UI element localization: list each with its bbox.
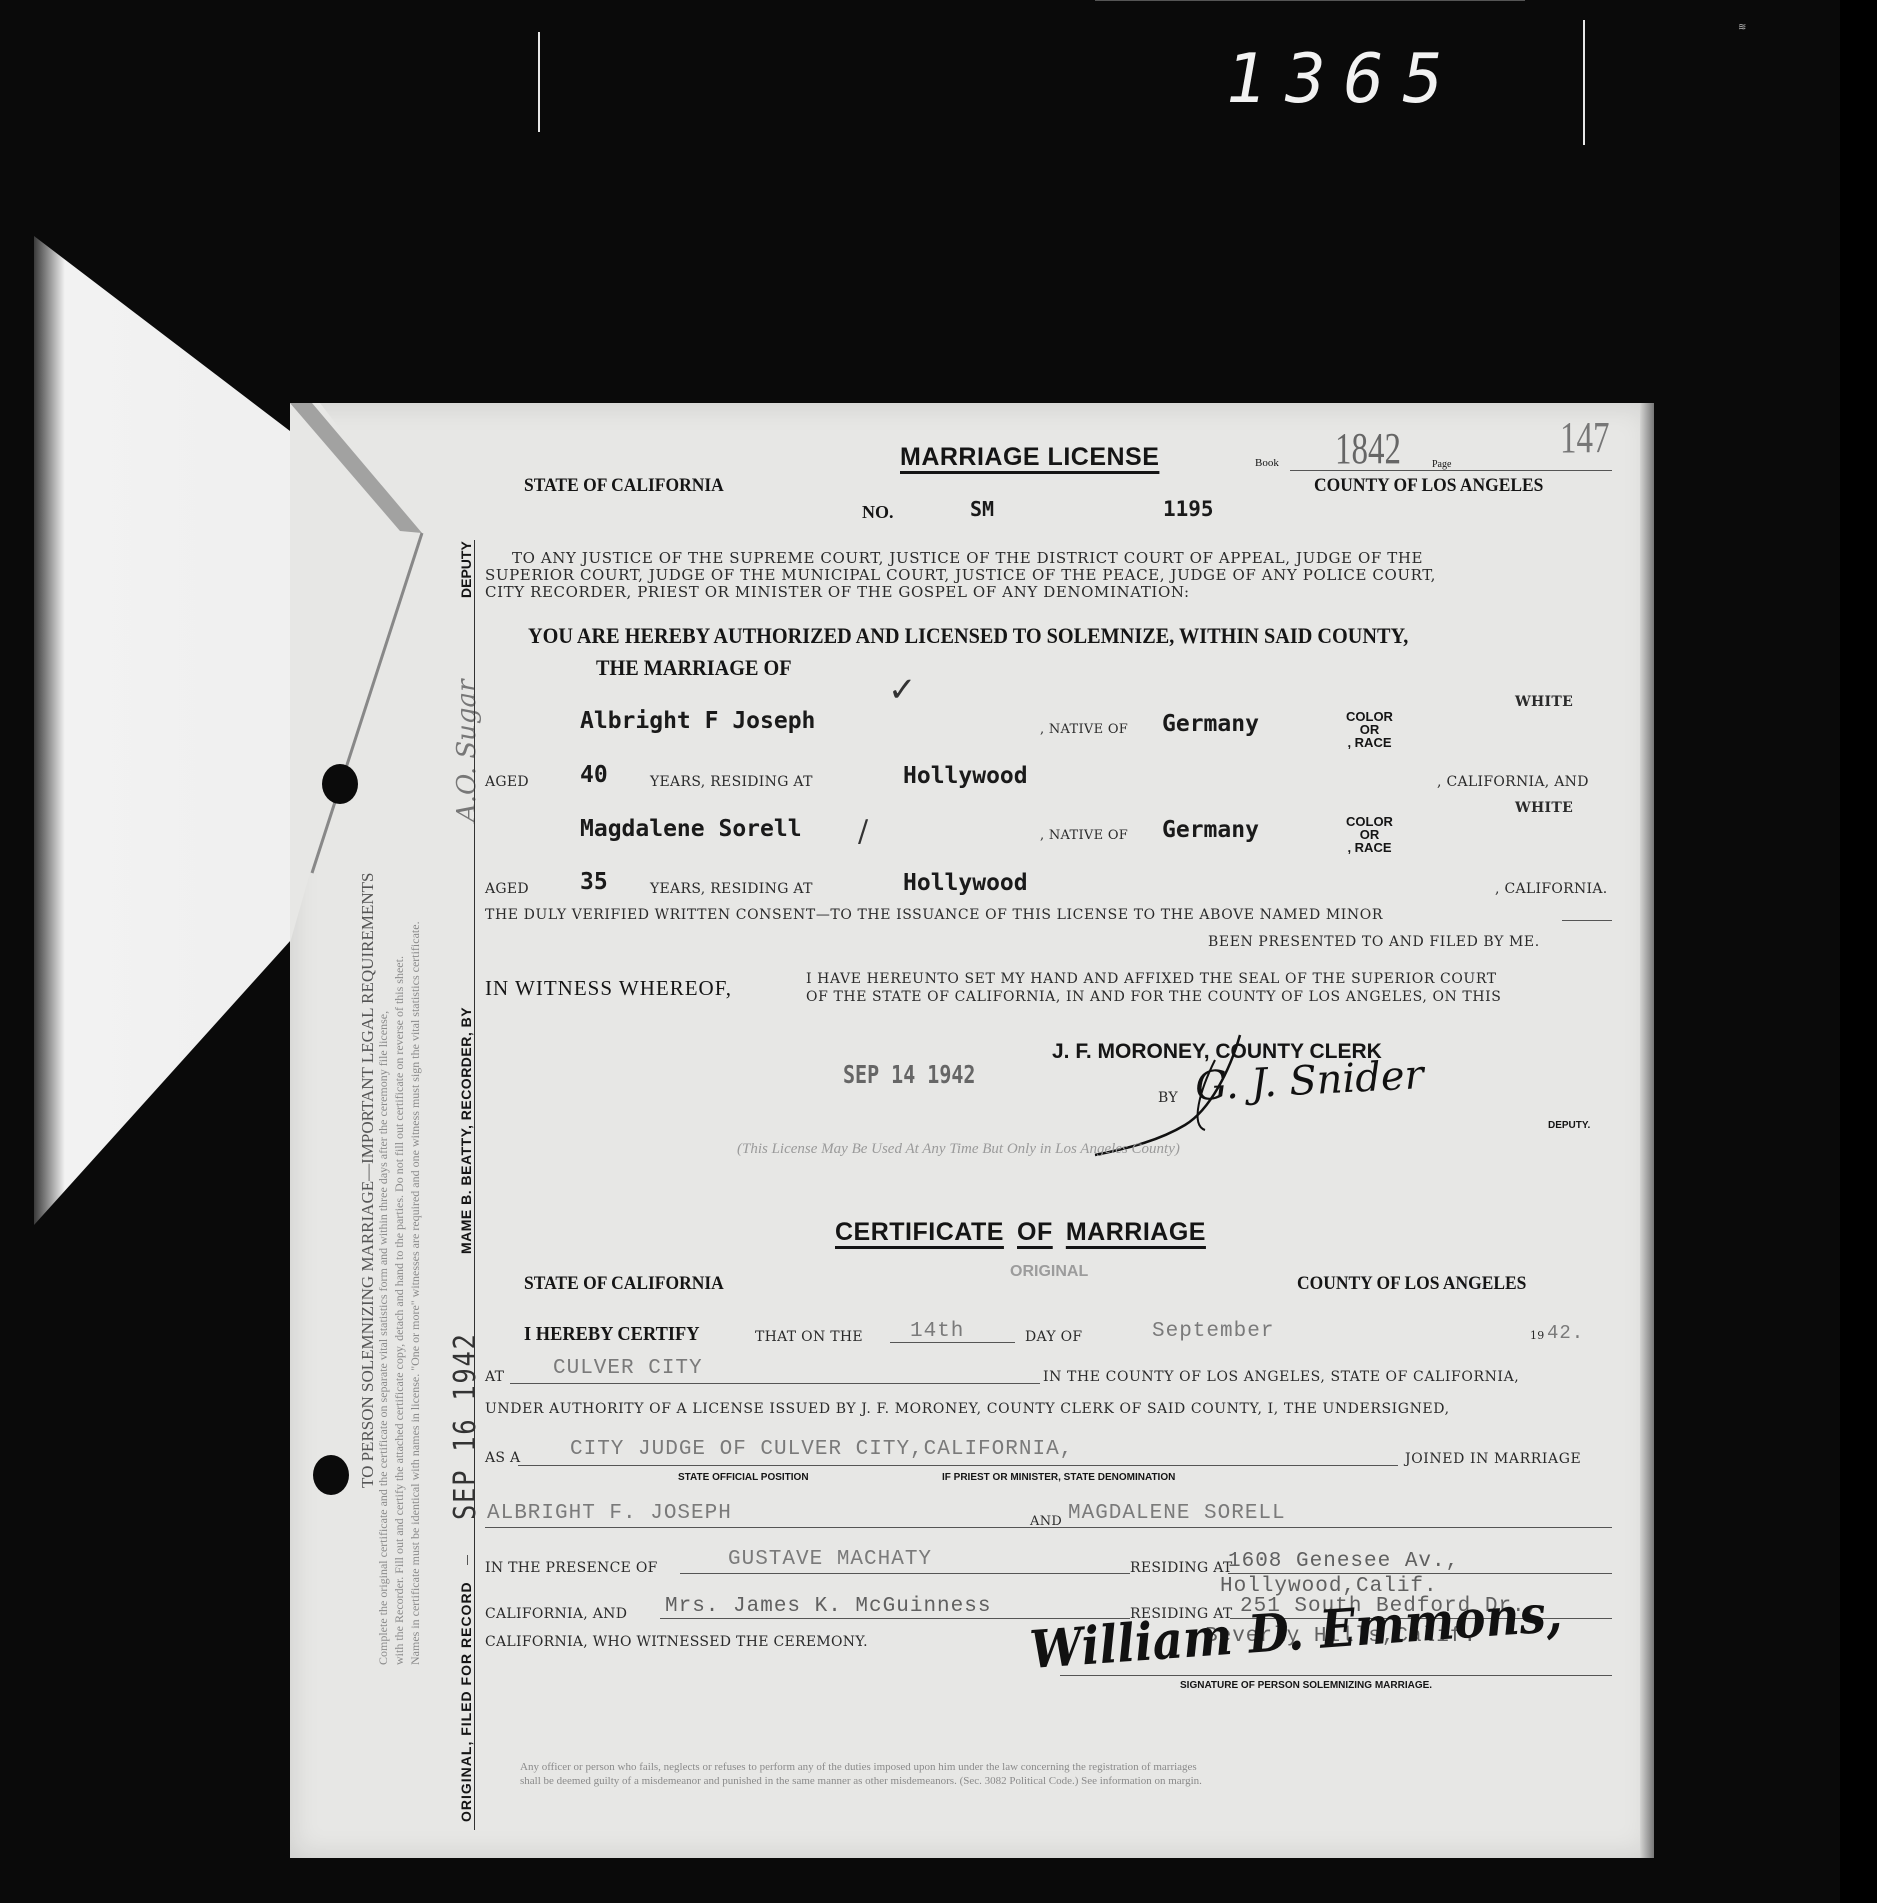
california-end-label: , CALIFORNIA.	[1495, 881, 1608, 897]
margin-recorder-label: MAME B. BEATTY, RECORDER, BY	[458, 1007, 474, 1254]
slash-mark-icon: /	[858, 814, 868, 849]
witness-1-name: GUSTAVE MACHATY	[728, 1548, 932, 1571]
groom-color-label: COLOR OR , RACE	[1346, 710, 1393, 749]
position-rule	[518, 1465, 1398, 1466]
license-no-prefix: SM	[970, 497, 994, 521]
official-position: CITY JUDGE OF CULVER CITY,CALIFORNIA,	[570, 1438, 1073, 1461]
certificate-month: September	[1152, 1320, 1274, 1343]
margin-deputy-label: DEPUTY	[458, 541, 474, 598]
denomination-caption: IF PRIEST OR MINISTER, STATE DENOMINATIO…	[942, 1472, 1175, 1483]
license-page-label: Page	[1432, 459, 1451, 470]
groom-native-of-label: , NATIVE OF	[1040, 722, 1128, 737]
film-frame-line-left	[538, 32, 540, 132]
margin-instructions-line-3: Names in certificate must be identical w…	[408, 921, 423, 1665]
license-book-label: Book	[1255, 457, 1279, 469]
bride-race: WHITE	[1515, 800, 1573, 816]
witness-text-line-2: OF THE STATE OF CALIFORNIA, IN AND FOR T…	[806, 989, 1502, 1005]
paper-edge-shadow	[1640, 403, 1654, 1858]
month-rule	[1095, 0, 1525, 1]
margin-instructions-line-1: Complete the original certificate and th…	[376, 1011, 391, 1665]
license-address-line-1: TO ANY JUSTICE OF THE SUPREME COURT, JUS…	[512, 549, 1423, 567]
certificate-place: CULVER CITY	[553, 1357, 703, 1380]
certificate-title-word-1: CERTIFICATE	[835, 1218, 1004, 1246]
bride-native-of-label: , NATIVE OF	[1040, 828, 1128, 843]
license-authorized-line-1: YOU ARE HEREBY AUTHORIZED AND LICENSED T…	[528, 623, 1408, 649]
bride-years-residing-label: YEARS, RESIDING AT	[650, 881, 813, 897]
certificate-year: 42.	[1547, 1322, 1584, 1344]
margin-filed-date-stamp: SEP 16 1942	[448, 1332, 483, 1520]
punch-hole-bottom	[313, 1455, 349, 1495]
california-and-label: , CALIFORNIA, AND	[1437, 774, 1589, 790]
certificate-county: COUNTY OF LOS ANGELES	[1297, 1273, 1526, 1295]
certificate-original-label: ORIGINAL	[1010, 1263, 1088, 1281]
certificate-bride-name: MAGDALENE SORELL	[1068, 1502, 1286, 1525]
bride-residence: Hollywood	[903, 870, 1028, 896]
license-address-line-2: SUPERIOR COURT, JUDGE OF THE MUNICIPAL C…	[485, 566, 1436, 584]
bride-name: Magdalene Sorell	[580, 816, 802, 842]
license-county: COUNTY OF LOS ANGELES	[1314, 475, 1543, 497]
checkmark-icon: ✓	[888, 670, 917, 710]
witness-2-name: Mrs. James K. McGuinness	[665, 1595, 991, 1618]
license-no-label: NO.	[862, 502, 894, 523]
color-label-line-3: , RACE	[1346, 736, 1393, 749]
bride-color-label: COLOR OR , RACE	[1346, 815, 1393, 854]
day-of-label: DAY OF	[1025, 1329, 1082, 1345]
color-label-line-3: , RACE	[1346, 841, 1393, 854]
joined-label: JOINED IN MARRIAGE	[1405, 1451, 1581, 1467]
that-on-the-label: THAT ON THE	[755, 1329, 863, 1345]
penalty-line-2: shall be deemed guilty of a misdemeanor …	[520, 1775, 1202, 1787]
certificate-day: 14th	[910, 1320, 964, 1343]
margin-filed-label: ORIGINAL, FILED FOR RECORD	[458, 1581, 474, 1822]
witness-1-rule	[680, 1573, 1130, 1574]
license-date-stamp: SEP 14 1942	[843, 1060, 975, 1089]
license-state: STATE OF CALIFORNIA	[524, 475, 724, 497]
in-county-label: IN THE COUNTY OF LOS ANGELES, STATE OF C…	[1043, 1369, 1519, 1385]
groom-native-of: Germany	[1162, 711, 1259, 737]
license-page-value: 147	[1560, 412, 1610, 463]
margin-recorder-deputy-signature: A.O. Sugar	[452, 680, 482, 823]
witness-1-address-line-1: 1608 Genesee Av.,	[1228, 1550, 1459, 1573]
authority-line: UNDER AUTHORITY OF A LICENSE ISSUED BY J…	[485, 1401, 1450, 1417]
witness-text-line-1: I HAVE HEREUNTO SET MY HAND AND AFFIXED …	[806, 971, 1497, 987]
bride-aged-label: AGED	[485, 881, 529, 897]
certify-label: I HEREBY CERTIFY	[524, 1323, 700, 1346]
year-prefix: 19	[1530, 1329, 1545, 1342]
officiant-signature-rule	[1060, 1675, 1612, 1676]
groom-race: WHITE	[1515, 694, 1573, 710]
margin-instructions-line-2: with the Recorder. Fill out and certify …	[392, 956, 407, 1665]
as-a-label: AS A	[485, 1450, 520, 1466]
witness-1-address-rule	[1228, 1573, 1612, 1574]
license-title: MARRIAGE LICENSE	[900, 443, 1159, 472]
place-rule	[510, 1383, 1040, 1384]
margin-filed-rule	[467, 1555, 468, 1565]
certificate-title: CERTIFICATE OF MARRIAGE	[835, 1218, 1206, 1247]
certificate-title-word-3: MARRIAGE	[1066, 1218, 1206, 1246]
california-and-witness-label: CALIFORNIA, AND	[485, 1606, 627, 1622]
license-no-value: 1195	[1163, 497, 1214, 521]
penalty-line-1: Any officer or person who fails, neglect…	[520, 1761, 1197, 1773]
signature-caption: SIGNATURE OF PERSON SOLEMNIZING MARRIAGE…	[1180, 1680, 1432, 1691]
consent-minor-rule	[1562, 920, 1612, 921]
groom-age: 40	[580, 762, 608, 788]
names-rule	[485, 1527, 1612, 1528]
license-address-line-3: CITY RECORDER, PRIEST OR MINISTER OF THE…	[485, 583, 1190, 601]
margin-vertical-rule	[474, 540, 475, 1830]
bride-native-of: Germany	[1162, 817, 1259, 843]
groom-name: Albright F Joseph	[580, 708, 815, 734]
certificate-groom-name: ALBRIGHT F. JOSEPH	[487, 1502, 732, 1525]
certificate-title-word-2: OF	[1017, 1218, 1053, 1246]
film-frame-line-right	[1583, 20, 1585, 145]
film-right-edge	[1840, 0, 1877, 1903]
consent-line-2: BEEN PRESENTED TO AND FILED BY ME.	[1208, 934, 1540, 950]
presence-label: IN THE PRESENCE OF	[485, 1560, 658, 1576]
position-caption: STATE OFFICIAL POSITION	[678, 1472, 809, 1483]
license-usage-note: (This License May Be Used At Any Time Bu…	[737, 1141, 1180, 1158]
license-book-page-rule	[1290, 470, 1612, 471]
bride-age: 35	[580, 869, 608, 895]
groom-aged-label: AGED	[485, 774, 529, 790]
groom-residence: Hollywood	[903, 763, 1028, 789]
license-authorized-line-2: THE MARRIAGE OF	[596, 655, 792, 681]
certificate-state: STATE OF CALIFORNIA	[524, 1273, 724, 1295]
consent-line: THE DULY VERIFIED WRITTEN CONSENT—TO THE…	[485, 907, 1383, 923]
license-book-value: 1842	[1335, 423, 1401, 474]
groom-years-residing-label: YEARS, RESIDING AT	[650, 774, 813, 790]
witness-1-residing-label: RESIDING AT	[1130, 1560, 1233, 1576]
margin-instructions-title: TO PERSON SOLEMNIZING MARRIAGE—IMPORTANT…	[358, 873, 378, 1488]
day-rule	[890, 1342, 1015, 1343]
at-label: AT	[485, 1369, 504, 1385]
witnessed-line: CALIFORNIA, WHO WITNESSED THE CEREMONY.	[485, 1634, 868, 1650]
film-frame-number: 1365	[1218, 40, 1468, 119]
punch-hole-top	[322, 764, 358, 804]
film-corner-mark: ≋	[1738, 22, 1746, 33]
witness-whereof-label: IN WITNESS WHEREOF,	[485, 976, 732, 1001]
deputy-label: DEPUTY.	[1548, 1120, 1590, 1131]
